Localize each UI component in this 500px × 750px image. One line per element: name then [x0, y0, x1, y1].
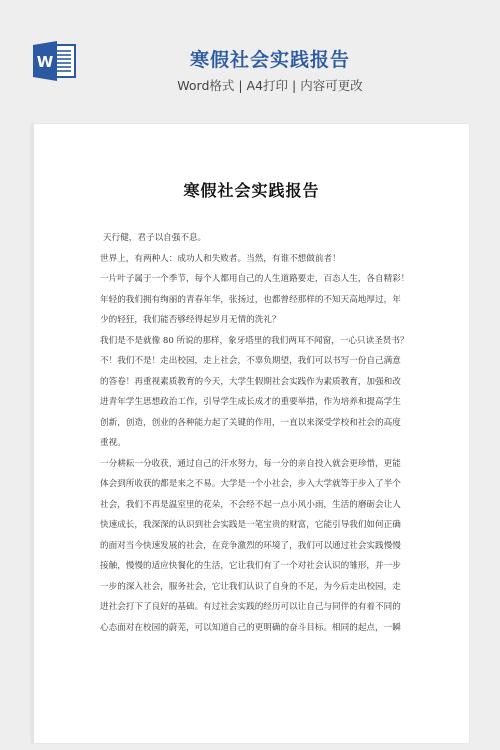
body-line: 一片叶子属于一个季节，每个人都用自己的人生道路要走，百态人生，各自精彩！ — [100, 269, 410, 290]
body-line: 心态面对在校园的蔚芜，可以知道自己的更明确的奋斗目标。相同的起点，一瞬 — [100, 618, 410, 639]
body-line: 进社会打下了良好的基础。有过社会实践的经历可以让自己与同伴的有着不同的 — [100, 597, 410, 618]
body-line: 接触，慢慢的适应快餐化的生活，它让我们有了一个对社会认识的雏形，并一步 — [100, 556, 410, 577]
body-line: 不！我们不是！走出校园，走上社会，不辜负期望，我们可以书写一份自己满意 — [100, 351, 410, 372]
body-line: 一步的深入社会，服务社会，它让我们认识了自身的不足，为今后走出校园，走 — [100, 577, 410, 598]
body-line: 天行健，君子以自强不息。 — [100, 228, 410, 249]
body-line: 进青年学生思想政治工作，引导学生成长成才的重要举措，作为培养和提高学生 — [100, 392, 410, 413]
body-line: 快速成长，我深深的认识到社会实践是一笔宝贵的财富，它能引导我们如何正确 — [100, 515, 410, 536]
body-line: 社会，我们不再是温室里的花朵，不会经不起一点小风小雨，生活的磨砺会让人 — [100, 495, 410, 516]
body-line: 的面对当今快速发展的社会，在竞争激烈的环境了，我们可以通过社会实践慢慢 — [100, 536, 410, 557]
body-line: 年轻的我们拥有绚丽的青春年华，张扬过，也都曾经那样的不知天高地厚过，年 — [100, 290, 410, 311]
header-subtitle: Word格式 | A4打印 | 内容可更改 — [0, 76, 500, 94]
body-line: 世界上，有两种人：成功人和失败者。当然，有谁不想做前者！ — [100, 249, 410, 270]
body-line: 的答卷！再重视素质教育的今天，大学生假期社会实践作为素质教育，加强和改 — [100, 372, 410, 393]
body-line: 重视。 — [100, 433, 410, 454]
body-line: 创新，创造，创业的各种能力起了关键的作用，一直以来深受学校和社会的高度 — [100, 413, 410, 434]
body-line: 一分耕耘一分收获，通过自己的汗水努力，每一分的亲自投入就会更珍惜，更能 — [100, 454, 410, 475]
body-line: 我们是不是就像 80 所说的那样，象牙塔里的我们两耳不闻窗，一心只读圣贤书？ — [100, 331, 410, 352]
body-line: 少的轻狂，我们能否够经得起岁月无情的洗礼？ — [100, 310, 410, 331]
document-body: 天行健，君子以自强不息。 世界上，有两种人：成功人和失败者。当然，有谁不想做前者… — [100, 228, 410, 638]
document-page: 寒假社会实践报告 天行健，君子以自强不息。 世界上，有两种人：成功人和失败者。当… — [31, 124, 469, 743]
body-line: 体会到所收获的都是来之不易。大学是一个小社会，步入大学就等于步入了半个 — [100, 474, 410, 495]
header-title: 寒假社会实践报告 — [0, 45, 500, 72]
header-banner: W 寒假社会实践报告 Word格式 | A4打印 | 内容可更改 — [0, 0, 500, 124]
document-title: 寒假社会实践报告 — [34, 178, 469, 201]
